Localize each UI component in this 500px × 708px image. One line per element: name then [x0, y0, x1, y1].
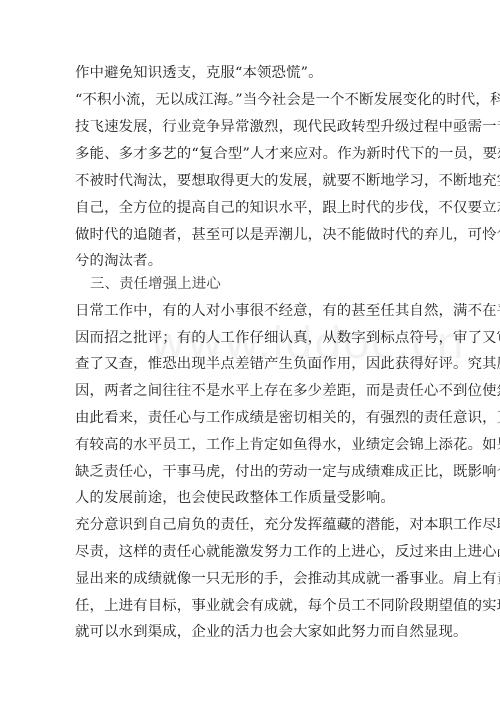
paragraph-line: 就可以水到渠成，企业的活力也会大家如此努力而自然显现。 — [75, 622, 430, 642]
paragraph-line: 技飞速发展，行业竞争异常激烈，现代民政转型升级过程中亟需一专 — [75, 117, 430, 137]
paragraph-line: 缺乏责任心，干事马虎，付出的劳动一定与成绩难成正比，既影响个 — [75, 462, 430, 482]
paragraph-line: 查了又查，惟恐出现半点差错产生负面作用，因此获得好评。究其原 — [75, 354, 430, 374]
paragraph-line: 由此看来，责任心与工作成绩是密切相关的，有强烈的责任意识，又 — [75, 408, 430, 428]
paragraph-line: 有较高的水平员工，工作上肯定如鱼得水，业绩定会锦上添花。如果 — [75, 435, 430, 455]
paragraph-line: 兮的淘汰者。 — [75, 251, 430, 271]
paragraph-line: 日常工作中，有的人对小事很不经意，有的甚至任其自然，满不在乎， — [75, 301, 430, 321]
paragraph-line: 做时代的追随者，甚至可以是弄潮儿，决不能做时代的弃儿，可怜兮 — [75, 225, 430, 245]
document-page: www.iddoc.cn 作中避免知识透支，克服“本领恐慌”。 “不积小流，无以… — [0, 0, 500, 708]
section-heading: 三、责任增强上进心 — [90, 274, 445, 294]
paragraph-line: 显出来的成绩就像一只无形的手，会推动其成就一番事业。肩上有责 — [75, 569, 430, 589]
paragraph-line: 任，上进有目标，事业就会有成就，每个员工不同阶段期望值的实现 — [75, 596, 430, 616]
paragraph-line: 因，两者之间往往不是水平上存在多少差距，而是责任心不到位使然。 — [75, 381, 430, 401]
paragraph-line: 自己，全方位的提高自己的知识水平，跟上时代的步伐，不仅要立志 — [75, 198, 430, 218]
paragraph-line: 作中避免知识透支，克服“本领恐慌”。 — [75, 63, 430, 83]
paragraph-line: 多能、多才多艺的“复合型”人才来应对。作为新时代下的一员，要想 — [75, 144, 430, 164]
paragraph-line: 因而招之批评；有的人工作仔细认真，从数字到标点符号，审了又审， — [75, 328, 430, 348]
paragraph-line: 尽责，这样的责任心就能激发努力工作的上进心，反过来由上进心凸 — [75, 542, 430, 562]
paragraph-line: “不积小流，无以成江海。”当今社会是一个不断发展变化的时代，科 — [75, 90, 430, 110]
paragraph-line: 充分意识到自己肩负的责任，充分发挥蕴藏的潜能，对本职工作尽职 — [75, 515, 430, 535]
paragraph-line: 人的发展前途，也会使民政整体工作质量受影响。 — [75, 488, 430, 508]
paragraph-line: 不被时代淘汰，要想取得更大的发展，就要不断地学习，不断地充实 — [75, 171, 430, 191]
